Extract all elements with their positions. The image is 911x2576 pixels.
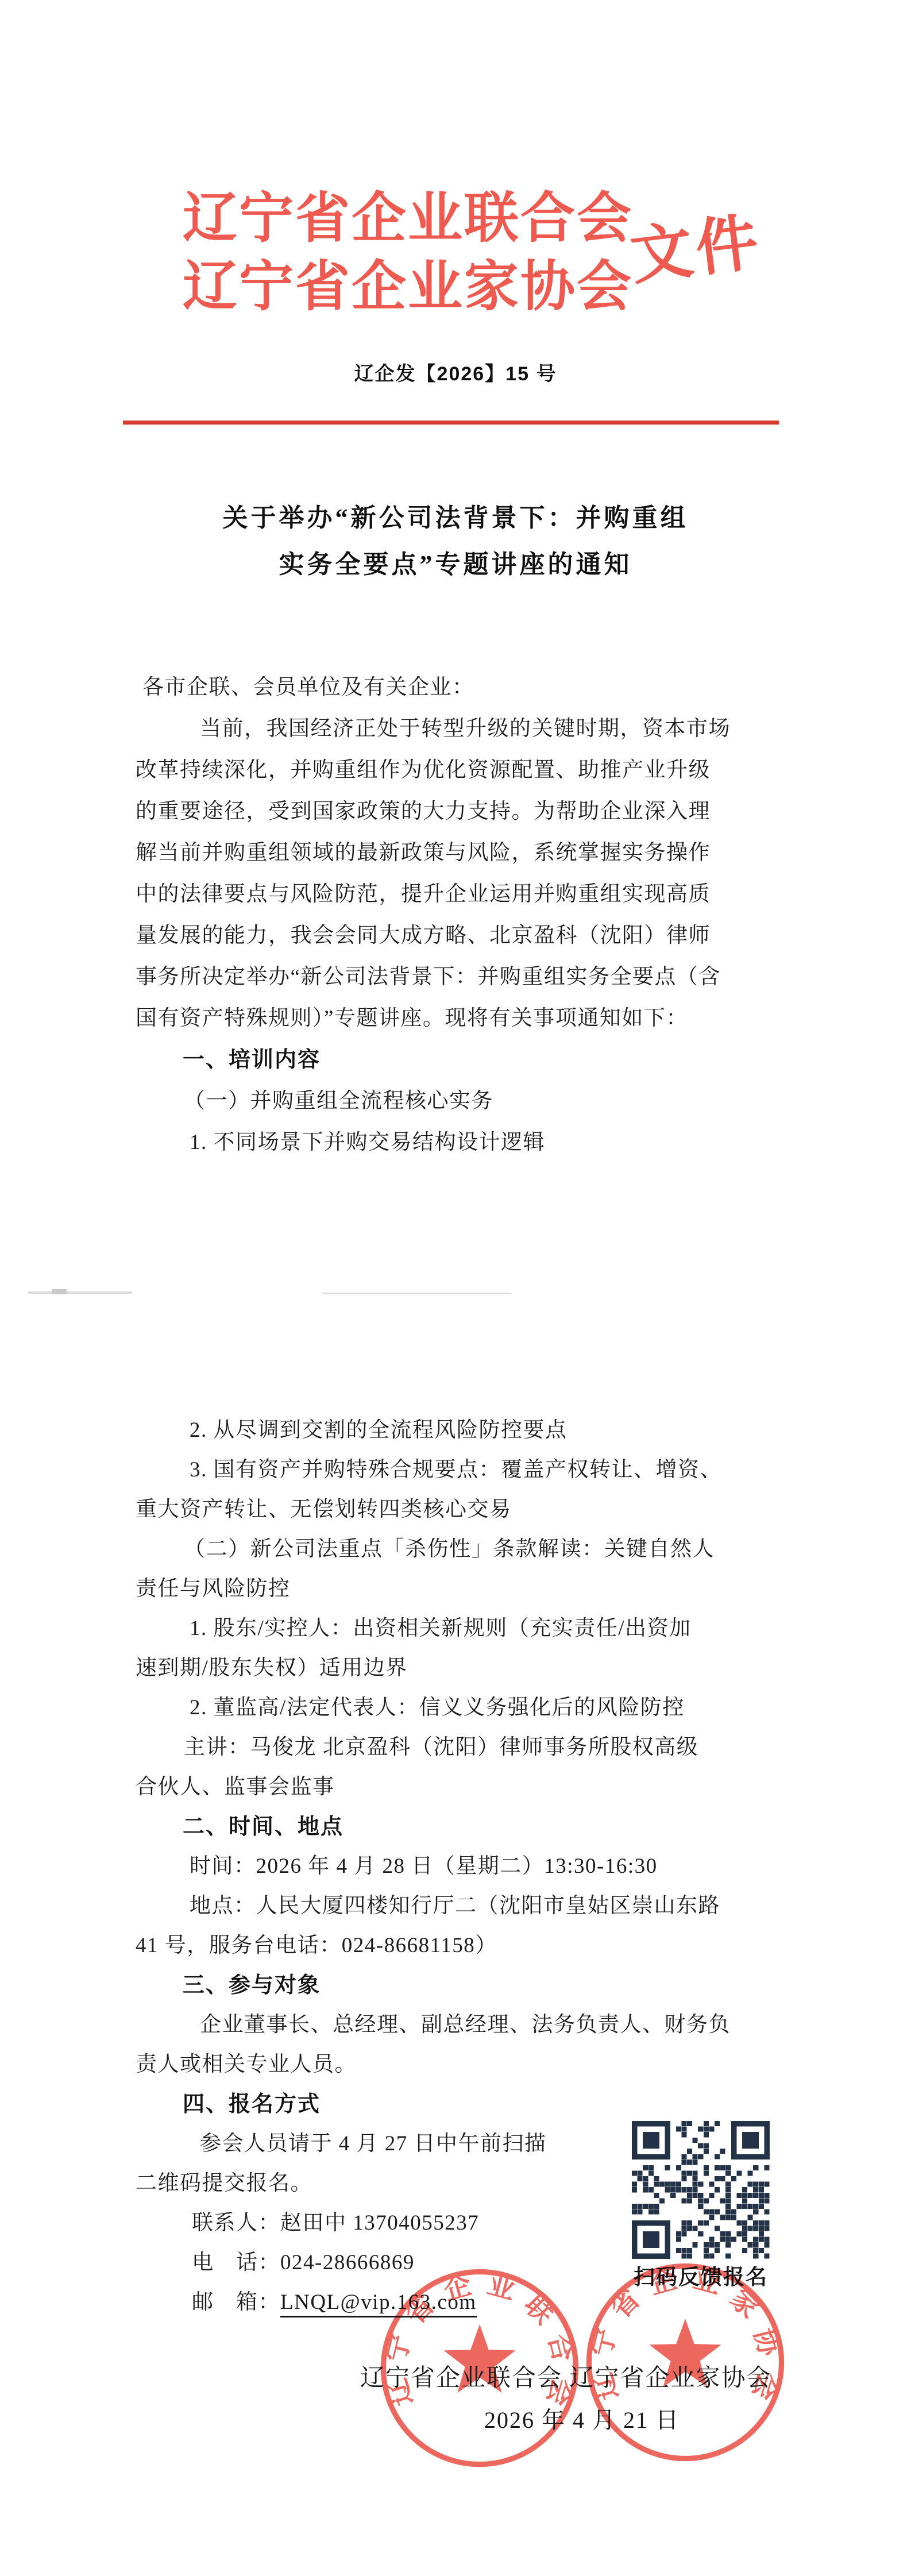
section-1-item5: 2. 董监高/法定代表人：信义义务强化后的风险防控 <box>190 1697 685 1718</box>
body-line: 国有资产特殊规则）”专题讲座。现将有关事项通知如下： <box>136 1008 688 1029</box>
body-line: 解当前并购重组领域的最新政策与风险，系统掌握实务操作 <box>136 842 711 863</box>
section-1-item3: 3. 国有资产并购特殊合规要点：覆盖产权转让、增资、 <box>190 1459 722 1480</box>
body-line: 中的法律要点与风险防范，提升企业运用并购重组实现高质 <box>136 884 711 905</box>
scan-artifact <box>322 1293 511 1294</box>
section-1-heading: 一、培训内容 <box>183 1049 321 1071</box>
section-1-item1: 1. 不同场景下并购交易结构设计逻辑 <box>190 1132 545 1153</box>
official-seal-right: 辽宁省企业家协会 <box>579 2256 792 2469</box>
red-divider <box>123 421 779 425</box>
event-time: 时间：2026 年 4 月 28 日（星期二）13:30-16:30 <box>190 1856 658 1877</box>
event-location: 地点：人民大厦四楼知行厅二（沈阳市皇姑区崇山东路 <box>190 1895 720 1916</box>
audience-line: 企业董事长、总经理、副总经理、法务负责人、财务负 <box>200 2014 731 2035</box>
section-1-item4: 1. 股东/实控人：出资相关新规则（充实责任/出资加 <box>190 1618 692 1639</box>
document-number: 辽企发【2026】15 号 <box>0 364 911 384</box>
letterhead-org1: 辽宁省企业联合会 <box>183 191 633 246</box>
letterhead-doc-type: 文件 <box>627 212 765 290</box>
section-1-sub1: （一）并购重组全流程核心实务 <box>184 1090 493 1112</box>
document-page: 辽宁省企业联合会 辽宁省企业家协会 文件 辽企发【2026】15 号 关于举办“… <box>0 0 911 2576</box>
scan-artifact <box>28 1291 132 1294</box>
body-line: 当前，我国经济正处于转型升级的关键时期，资本市场 <box>200 718 731 739</box>
signature-date: 2026 年 4 月 21 日 <box>484 2409 680 2432</box>
section-1-item3-cont: 重大资产转让、无偿划转四类核心交易 <box>136 1499 512 1520</box>
registration-line-cont: 二维码提交报名。 <box>136 2173 312 2194</box>
body-line: 事务所决定举办“新公司法背景下：并购重组实务全要点（含 <box>136 966 721 988</box>
body-line: 量发展的能力，我会会同大成方略、北京盈科（沈阳）律师 <box>136 925 711 946</box>
contact-person: 联系人：赵田中 13704055237 <box>192 2212 479 2234</box>
scan-artifact <box>52 1289 67 1294</box>
notice-title-line2: 实务全要点”专题讲座的通知 <box>0 552 911 577</box>
email-label: 邮 箱： <box>192 2290 280 2314</box>
event-location-cont: 41 号，服务台电话：024-86681158） <box>136 1935 497 1956</box>
signature-orgs: 辽宁省企业联合会 辽宁省企业家协会 <box>360 2366 772 2390</box>
section-1-item4-cont: 速到期/股东失权）适用边界 <box>136 1657 408 1679</box>
section-1-sub2-cont: 责任与风险防控 <box>136 1578 291 1599</box>
letterhead-org2: 辽宁省企业家协会 <box>183 260 633 314</box>
lecturer-line: 主讲：马俊龙 北京盈科（沈阳）律师事务所股权高级 <box>184 1737 698 1758</box>
section-1-sub2: （二）新公司法重点「杀伤性」条款解读：关键自然人 <box>184 1538 715 1560</box>
lecturer-line-cont: 合伙人、监事会监事 <box>136 1776 335 1798</box>
section-4-heading: 四、报名方式 <box>183 2093 321 2115</box>
section-1-item2: 2. 从尽调到交割的全流程风险防控要点 <box>190 1420 568 1441</box>
section-3-heading: 三、参与对象 <box>183 1975 321 1996</box>
salutation: 各市企联、会员单位及有关企业： <box>142 677 474 698</box>
body-line: 改革持续深化，并购重组作为优化资源配置、助推产业升级 <box>136 759 711 781</box>
qr-code <box>632 2121 770 2259</box>
section-2-heading: 二、时间、地点 <box>183 1816 343 1838</box>
notice-title-line1: 关于举办“新公司法背景下：并购重组 <box>0 506 911 531</box>
body-line: 的重要途径，受到国家政策的大力支持。为帮助企业深入理 <box>136 801 711 822</box>
registration-line: 参会人员请于 4 月 27 日中午前扫描 <box>200 2133 547 2154</box>
audience-line-cont: 责人或相关专业人员。 <box>136 2054 357 2075</box>
